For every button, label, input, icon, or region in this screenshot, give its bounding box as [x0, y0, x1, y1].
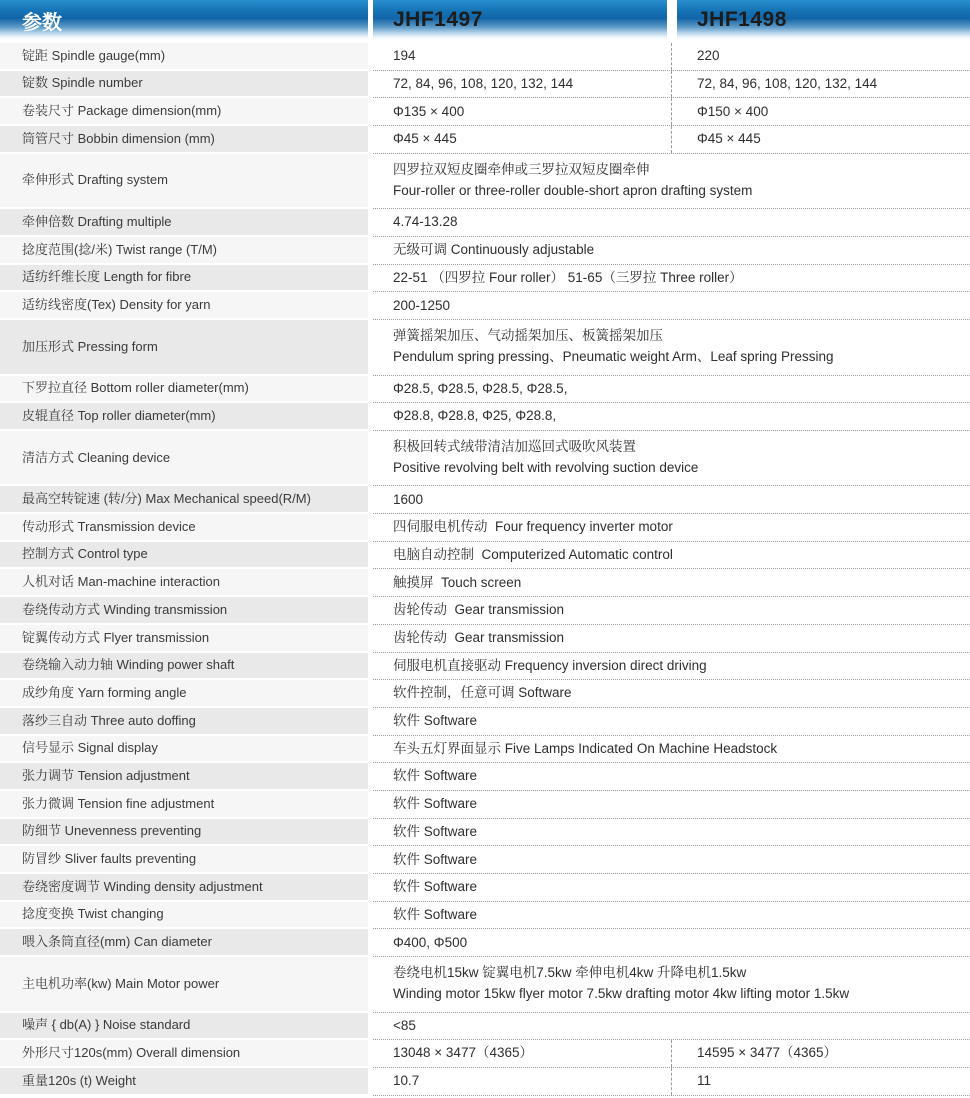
table-row: 防细节 Unevenness preventing软件 Software — [0, 819, 970, 847]
value-model2: 72, 84, 96, 108, 120, 132, 144 — [672, 71, 970, 98]
row-label: 防冒纱 Sliver faults preventing — [0, 846, 368, 874]
value-model2: 11 — [672, 1068, 970, 1095]
row-values: Φ135 × 400Φ150 × 400 — [373, 98, 970, 126]
row-label: 卷绕密度调节 Winding density adjustment — [0, 874, 368, 902]
row-values: <85 — [373, 1013, 970, 1041]
table-row: 喂入条筒直径(mm) Can diameterΦ400, Φ500 — [0, 929, 970, 957]
row-values: Φ45 × 445Φ45 × 445 — [373, 126, 970, 154]
value-span: 软件 Software — [373, 708, 970, 735]
table-row: 最高空转锭速 (转/分) Max Mechanical speed(R/M)16… — [0, 486, 970, 514]
value-span: 齿轮传动 Gear transmission — [373, 625, 970, 652]
value-line-cn: 弹簧摇架加压、气动摇架加压、板簧摇架加压 — [393, 326, 663, 347]
row-label: 人机对话 Man-machine interaction — [0, 569, 368, 597]
row-values: 软件控制，任意可调 Software — [373, 680, 970, 708]
row-values: 卷绕电机15kw 锭翼电机7.5kw 牵伸电机4kw 升降电机1.5kwWind… — [373, 957, 970, 1013]
row-values: 齿轮传动 Gear transmission — [373, 625, 970, 653]
value-span: Φ28.5, Φ28.5, Φ28.5, Φ28.5, — [373, 376, 970, 403]
table-row: 筒管尺寸 Bobbin dimension (mm)Φ45 × 445Φ45 ×… — [0, 126, 970, 154]
row-values: 积极回转式绒带清洁加巡回式吸吹风装置Positive revolving bel… — [373, 431, 970, 487]
row-values: 13048 × 3477（4365）14595 × 3477（4365） — [373, 1040, 970, 1068]
value-span: 无级可调 Continuously adjustable — [373, 237, 970, 264]
table-row: 皮辊直径 Top roller diameter(mm)Φ28.8, Φ28.8… — [0, 403, 970, 431]
row-values: 电脑自动控制 Computerized Automatic control — [373, 542, 970, 570]
table-row: 主电机功率(kw) Main Motor power卷绕电机15kw 锭翼电机7… — [0, 957, 970, 1013]
value-span: <85 — [373, 1013, 970, 1040]
row-values: Φ400, Φ500 — [373, 929, 970, 957]
value-line-cn: 四罗拉双短皮圈牵伸或三罗拉双短皮圈牵伸 — [393, 160, 650, 181]
value-model1: Φ135 × 400 — [373, 98, 672, 125]
row-values: 软件 Software — [373, 763, 970, 791]
header-column-gap — [667, 0, 677, 40]
row-label: 主电机功率(kw) Main Motor power — [0, 957, 368, 1013]
row-values: 伺服电机直接驱动 Frequency inversion direct driv… — [373, 653, 970, 681]
value-span: 200-1250 — [373, 292, 970, 319]
table-row: 加压形式 Pressing form弹簧摇架加压、气动摇架加压、板簧摇架加压Pe… — [0, 320, 970, 376]
value-span: Φ400, Φ500 — [373, 929, 970, 956]
row-values: 200-1250 — [373, 292, 970, 320]
value-span: 四罗拉双短皮圈牵伸或三罗拉双短皮圈牵伸Four-roller or three-… — [373, 154, 970, 209]
value-span: 软件 Software — [373, 763, 970, 790]
row-values: 软件 Software — [373, 791, 970, 819]
row-label: 张力调节 Tension adjustment — [0, 763, 368, 791]
row-label: 锭数 Spindle number — [0, 71, 368, 99]
value-span: 积极回转式绒带清洁加巡回式吸吹风装置Positive revolving bel… — [373, 431, 970, 486]
value-model1: 10.7 — [373, 1068, 672, 1095]
table-row: 捻度范围(捻/米) Twist range (T/M)无级可调 Continuo… — [0, 237, 970, 265]
row-label: 皮辊直径 Top roller diameter(mm) — [0, 403, 368, 431]
value-span: 软件 Software — [373, 846, 970, 873]
header-model-jhf1498: JHF1498 — [677, 0, 970, 40]
row-values: Φ28.8, Φ28.8, Φ25, Φ28.8, — [373, 403, 970, 431]
row-values: 软件 Software — [373, 874, 970, 902]
value-span: 1600 — [373, 486, 970, 513]
table-row: 捻度变换 Twist changing软件 Software — [0, 902, 970, 930]
row-values: 弹簧摇架加压、气动摇架加压、板簧摇架加压Pendulum spring pres… — [373, 320, 970, 376]
table-row: 适纺纤维长度 Length for fibre22-51 （四罗拉 Four r… — [0, 265, 970, 293]
row-values: Φ28.5, Φ28.5, Φ28.5, Φ28.5, — [373, 376, 970, 404]
row-label: 捻度变换 Twist changing — [0, 902, 368, 930]
value-span: 软件 Software — [373, 902, 970, 929]
table-row: 卷绕密度调节 Winding density adjustment软件 Soft… — [0, 874, 970, 902]
value-line-en: Winding motor 15kw flyer motor 7.5kw dra… — [393, 984, 849, 1005]
table-row: 重量120s (t) Weight10.711 — [0, 1068, 970, 1096]
table-row: 锭数 Spindle number72, 84, 96, 108, 120, 1… — [0, 71, 970, 99]
row-label: 卷绕传动方式 Winding transmission — [0, 597, 368, 625]
table-row: 锭距 Spindle gauge(mm)194220 — [0, 43, 970, 71]
value-span: 软件 Software — [373, 791, 970, 818]
value-span: 触摸屏 Touch screen — [373, 569, 970, 596]
table-row: 适纺线密度(Tex) Density for yarn200-1250 — [0, 292, 970, 320]
value-span: 4.74-13.28 — [373, 209, 970, 236]
table-row: 信号显示 Signal display车头五灯界面显示 Five Lamps I… — [0, 736, 970, 764]
table-row: 清洁方式 Cleaning device积极回转式绒带清洁加巡回式吸吹风装置Po… — [0, 431, 970, 487]
row-label: 下罗拉直径 Bottom roller diameter(mm) — [0, 376, 368, 404]
value-line-en: Positive revolving belt with revolving s… — [393, 458, 698, 479]
row-values: 4.74-13.28 — [373, 209, 970, 237]
value-span: 车头五灯界面显示 Five Lamps Indicated On Machine… — [373, 736, 970, 763]
row-label: 重量120s (t) Weight — [0, 1068, 368, 1096]
row-values: 72, 84, 96, 108, 120, 132, 14472, 84, 96… — [373, 71, 970, 99]
table-row: 成纱角度 Yarn forming angle软件控制，任意可调 Softwar… — [0, 680, 970, 708]
row-values: 四罗拉双短皮圈牵伸或三罗拉双短皮圈牵伸Four-roller or three-… — [373, 154, 970, 210]
row-label: 牵伸倍数 Drafting multiple — [0, 209, 368, 237]
value-span: 软件 Software — [373, 819, 970, 846]
table-row: 牵伸倍数 Drafting multiple4.74-13.28 — [0, 209, 970, 237]
value-span: Φ28.8, Φ28.8, Φ25, Φ28.8, — [373, 403, 970, 430]
value-line-cn: 积极回转式绒带清洁加巡回式吸吹风装置 — [393, 437, 636, 458]
value-model2: 220 — [672, 43, 970, 70]
row-values: 无级可调 Continuously adjustable — [373, 237, 970, 265]
value-model2: Φ150 × 400 — [672, 98, 970, 125]
value-span: 软件 Software — [373, 874, 970, 901]
value-model1: 72, 84, 96, 108, 120, 132, 144 — [373, 71, 672, 98]
row-label: 防细节 Unevenness preventing — [0, 819, 368, 847]
row-label: 控制方式 Control type — [0, 542, 368, 570]
table-row: 锭翼传动方式 Flyer transmission齿轮传动 Gear trans… — [0, 625, 970, 653]
row-values: 触摸屏 Touch screen — [373, 569, 970, 597]
table-row: 落纱三自动 Three auto doffing软件 Software — [0, 708, 970, 736]
row-values: 1600 — [373, 486, 970, 514]
value-line-en: Four-roller or three-roller double-short… — [393, 181, 752, 202]
value-model2: 14595 × 3477（4365） — [672, 1040, 970, 1067]
row-values: 齿轮传动 Gear transmission — [373, 597, 970, 625]
row-label: 成纱角度 Yarn forming angle — [0, 680, 368, 708]
row-values: 软件 Software — [373, 708, 970, 736]
row-label: 噪声 { db(A) } Noise standard — [0, 1013, 368, 1041]
row-label: 清洁方式 Cleaning device — [0, 431, 368, 487]
row-values: 10.711 — [373, 1068, 970, 1096]
row-values: 四伺服电机传动 Four frequency inverter motor — [373, 514, 970, 542]
table-body: 锭距 Spindle gauge(mm)194220锭数 Spindle num… — [0, 43, 970, 1096]
row-label: 喂入条筒直径(mm) Can diameter — [0, 929, 368, 957]
value-span: 伺服电机直接驱动 Frequency inversion direct driv… — [373, 653, 970, 680]
row-label: 锭翼传动方式 Flyer transmission — [0, 625, 368, 653]
value-model1: Φ45 × 445 — [373, 126, 672, 153]
row-label: 落纱三自动 Three auto doffing — [0, 708, 368, 736]
table-row: 卷绕传动方式 Winding transmission齿轮传动 Gear tra… — [0, 597, 970, 625]
row-label: 锭距 Spindle gauge(mm) — [0, 43, 368, 71]
table-row: 传动形式 Transmission device四伺服电机传动 Four fre… — [0, 514, 970, 542]
row-label: 最高空转锭速 (转/分) Max Mechanical speed(R/M) — [0, 486, 368, 514]
row-label: 捻度范围(捻/米) Twist range (T/M) — [0, 237, 368, 265]
row-label: 适纺线密度(Tex) Density for yarn — [0, 292, 368, 320]
header-param-cell: 参数 — [0, 0, 368, 40]
row-label: 信号显示 Signal display — [0, 736, 368, 764]
value-model2: Φ45 × 445 — [672, 126, 970, 153]
row-label: 卷装尺寸 Package dimension(mm) — [0, 98, 368, 126]
row-values: 软件 Software — [373, 819, 970, 847]
table-row: 噪声 { db(A) } Noise standard<85 — [0, 1013, 970, 1041]
row-label: 牵伸形式 Drafting system — [0, 154, 368, 210]
row-label: 加压形式 Pressing form — [0, 320, 368, 376]
table-row: 张力调节 Tension adjustment软件 Software — [0, 763, 970, 791]
value-model1: 194 — [373, 43, 672, 70]
table-row: 卷绕输入动力轴 Winding power shaft伺服电机直接驱动 Freq… — [0, 653, 970, 681]
row-label: 张力微调 Tension fine adjustment — [0, 791, 368, 819]
row-values: 软件 Software — [373, 846, 970, 874]
table-row: 下罗拉直径 Bottom roller diameter(mm)Φ28.5, Φ… — [0, 376, 970, 404]
value-line-cn: 卷绕电机15kw 锭翼电机7.5kw 牵伸电机4kw 升降电机1.5kw — [393, 963, 746, 984]
row-label: 卷绕输入动力轴 Winding power shaft — [0, 653, 368, 681]
value-span: 齿轮传动 Gear transmission — [373, 597, 970, 624]
header-model-jhf1497: JHF1497 — [373, 0, 667, 40]
row-label: 传动形式 Transmission device — [0, 514, 368, 542]
value-line-en: Pendulum spring pressing、Pneumatic weigh… — [393, 347, 833, 368]
value-model1: 13048 × 3477（4365） — [373, 1040, 672, 1067]
value-span: 22-51 （四罗拉 Four roller） 51-65（三罗拉 Three … — [373, 265, 970, 292]
value-span: 卷绕电机15kw 锭翼电机7.5kw 牵伸电机4kw 升降电机1.5kwWind… — [373, 957, 970, 1012]
spec-table: 参数 JHF1497 JHF1498 锭距 Spindle gauge(mm)1… — [0, 0, 970, 1098]
table-row: 牵伸形式 Drafting system四罗拉双短皮圈牵伸或三罗拉双短皮圈牵伸F… — [0, 154, 970, 210]
row-label: 筒管尺寸 Bobbin dimension (mm) — [0, 126, 368, 154]
table-row: 张力微调 Tension fine adjustment软件 Software — [0, 791, 970, 819]
table-row: 防冒纱 Sliver faults preventing软件 Software — [0, 846, 970, 874]
row-label: 外形尺寸120s(mm) Overall dimension — [0, 1040, 368, 1068]
row-values: 22-51 （四罗拉 Four roller） 51-65（三罗拉 Three … — [373, 265, 970, 293]
table-row: 外形尺寸120s(mm) Overall dimension13048 × 34… — [0, 1040, 970, 1068]
row-values: 194220 — [373, 43, 970, 71]
row-values: 软件 Software — [373, 902, 970, 930]
value-span: 软件控制，任意可调 Software — [373, 680, 970, 707]
row-values: 车头五灯界面显示 Five Lamps Indicated On Machine… — [373, 736, 970, 764]
value-span: 弹簧摇架加压、气动摇架加压、板簧摇架加压Pendulum spring pres… — [373, 320, 970, 375]
table-row: 卷装尺寸 Package dimension(mm)Φ135 × 400Φ150… — [0, 98, 970, 126]
table-row: 人机对话 Man-machine interaction触摸屏 Touch sc… — [0, 569, 970, 597]
table-header: 参数 JHF1497 JHF1498 — [0, 0, 970, 40]
table-row: 控制方式 Control type电脑自动控制 Computerized Aut… — [0, 542, 970, 570]
row-label: 适纺纤维长度 Length for fibre — [0, 265, 368, 293]
value-span: 电脑自动控制 Computerized Automatic control — [373, 542, 970, 569]
value-span: 四伺服电机传动 Four frequency inverter motor — [373, 514, 970, 541]
